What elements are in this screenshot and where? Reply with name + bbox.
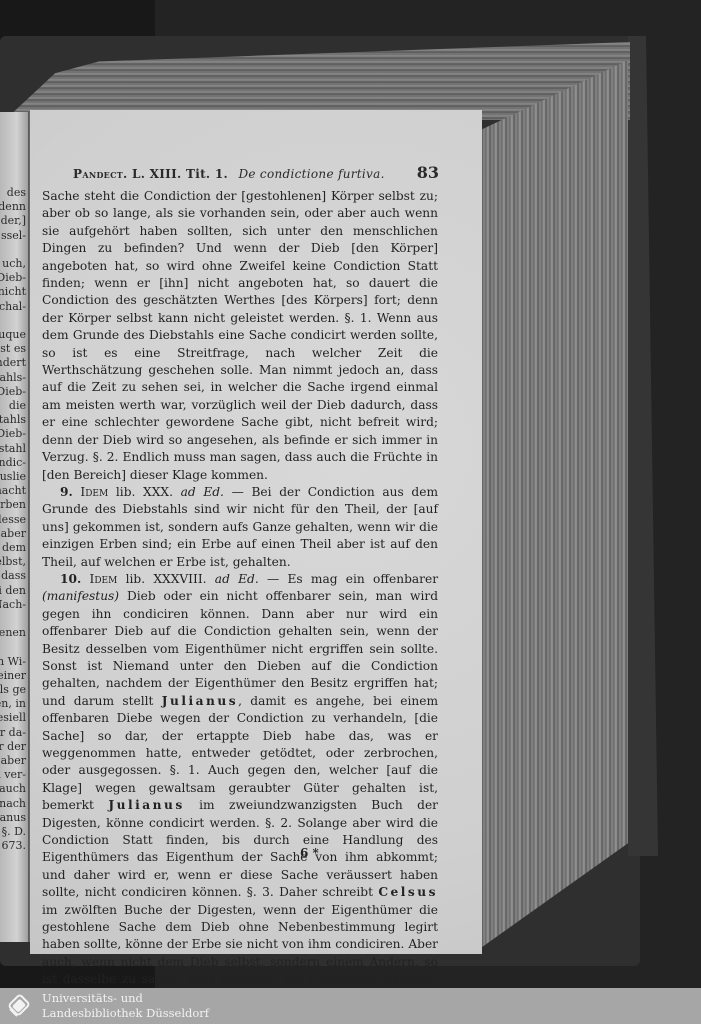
institution-line-1: Universitäts- und — [42, 991, 209, 1006]
paragraph-continuation: Sache steht die Condiction der [gestohle… — [42, 188, 438, 484]
jurist-name: Julianus — [162, 694, 238, 708]
left-page-text-fragment: uslie — [0, 470, 26, 484]
left-page-text-fragment: n nach — [0, 797, 26, 811]
left-page-text-fragment: ndert — [0, 356, 26, 370]
left-page-text-fragment: der,] — [1, 214, 26, 228]
fragment-edict: ad Ed. — [215, 572, 259, 586]
latin-term: (manifestus) — [42, 589, 119, 603]
fragment-text: im zwölften Buche der Digesten, wenn der… — [42, 903, 438, 988]
left-page-text-fragment: des — [7, 186, 26, 200]
institution-name[interactable]: Universitäts- und Landesbibliothek Düsse… — [42, 991, 209, 1021]
left-page-text-fragment: Erben — [0, 498, 26, 512]
fragment-number: 10. — [60, 572, 81, 586]
left-page-text-fragment: elbst, — [0, 555, 26, 569]
left-page-text-fragment: ahls ge — [0, 683, 26, 697]
paragraph-fragment-10: 10. Idem lib. XXXVIII. ad Ed. — Es mag e… — [42, 571, 438, 988]
fragment-author: Idem — [90, 572, 118, 586]
jurist-name: Julianus — [108, 798, 184, 812]
page-number: 83 — [417, 163, 439, 182]
left-page-text-fragment: dass — [1, 569, 26, 583]
left-page-text-fragment: er da- — [0, 726, 26, 740]
left-page-text-fragment: cahls- — [0, 371, 26, 385]
left-page-text-fragment: ssel- — [1, 229, 26, 243]
left-page-text-fragment: ianus — [0, 811, 26, 825]
left-page-text-fragment: Dieb- — [0, 427, 26, 441]
paragraph-fragment-9: 9. Idem lib. XXX. ad Ed. — Bei der Condi… — [42, 484, 438, 571]
running-head-book: Pandect. — [73, 167, 127, 181]
left-page-text-fragment: ur der — [0, 740, 26, 754]
left-page-text-fragment: alenen — [0, 626, 26, 640]
fragment-text: , damit es angehe, bei einem offenbaren … — [42, 694, 438, 812]
left-page-text-fragment: n auch — [0, 782, 26, 796]
left-page-text-fragment: aber — [1, 527, 26, 541]
left-page-text-fragment: uch, — [2, 257, 26, 271]
left-page-sliver: desdennder,]ssel-uch,Dieb-nichtchal-Buqu… — [0, 112, 28, 942]
left-page-text-fragment: resiell — [0, 711, 26, 725]
running-head-title: Pandect. L. XIII. Tit. 1. De condictione… — [73, 167, 385, 181]
left-page-text-fragment: s aber — [0, 754, 26, 768]
running-head-liber: L. XIII. — [132, 167, 182, 181]
left-page-text-fragment: i den — [0, 584, 26, 598]
left-page-text-fragment: Dieb- — [0, 271, 26, 285]
left-page-text-fragment: n Wi- — [0, 655, 26, 669]
left-page-text-fragment: h ver- — [0, 768, 26, 782]
fragment-source: lib. XXXVIII. — [126, 572, 207, 586]
left-page-text-fragment: ist es — [0, 342, 26, 356]
fragment-text: — Es mag ein offenbarer — [267, 572, 438, 586]
footer-bar: Universitäts- und Landesbibliothek Düsse… — [0, 988, 701, 1024]
book-logo-icon[interactable] — [4, 991, 34, 1021]
left-page-text-fragment: hlesse — [0, 513, 26, 527]
running-head: Pandect. L. XIII. Tit. 1. De condictione… — [73, 163, 439, 183]
left-page-text-fragment: die — [9, 399, 26, 413]
left-page-text-fragment: . 673. — [0, 839, 26, 853]
left-page-text-fragment: tahls — [0, 413, 26, 427]
left-page-text-fragment: nicht — [0, 285, 26, 299]
fragment-edict: ad Ed. — [181, 485, 224, 499]
left-page-text-fragment: Buque — [0, 328, 26, 342]
fragment-text: Dieb oder ein nicht offenbarer sein, man… — [42, 589, 438, 707]
signature-mark: 6 * — [300, 846, 319, 860]
page-stack-right — [478, 60, 628, 950]
body-text: Sache steht die Condiction der [gestohle… — [42, 188, 438, 988]
running-head-titulus: Tit. 1. — [186, 167, 228, 181]
scan-photo: desdennder,]ssel-uch,Dieb-nichtchal-Buqu… — [0, 0, 701, 988]
jurist-name: Celsus — [378, 885, 438, 899]
fragment-number: 9. — [60, 485, 73, 499]
fragment-author: Idem — [80, 485, 108, 499]
left-page-text-fragment: §. D. — [2, 825, 26, 839]
left-page-text-fragment: dem — [2, 541, 26, 555]
left-page-text-fragment: endic- — [0, 456, 26, 470]
left-page-text-fragment: chal- — [0, 300, 26, 314]
left-page-text-fragment: estahl — [0, 442, 26, 456]
institution-line-2: Landesbibliothek Düsseldorf — [42, 1006, 209, 1021]
fragment-source: lib. XXX. — [116, 485, 173, 499]
left-page-text-fragment: denn — [0, 200, 26, 214]
left-page-text-fragment: einer — [0, 669, 26, 683]
left-page-text-fragment: Nach- — [0, 598, 26, 612]
page-83: Pandect. L. XIII. Tit. 1. De condictione… — [30, 110, 482, 954]
left-page-text-fragment: en, in — [0, 697, 26, 711]
left-page-text-fragment: Dieb- — [0, 385, 26, 399]
running-head-subject: De condictione furtiva. — [238, 167, 384, 181]
left-page-text-fragment: nacht — [0, 484, 26, 498]
